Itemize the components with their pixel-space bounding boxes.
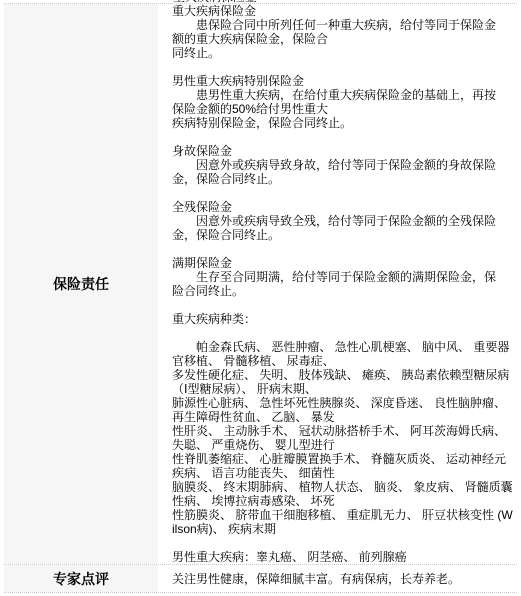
text-line: 同终止。 <box>172 46 513 60</box>
table-row-insurance-liability: 保险责任 重大疾病保险金 患保险合同中所列任何一种重大疾病，给付等同于保险金额的… <box>4 4 517 565</box>
text-line: 患男性重大疾病，在给付重大疾病保险金的基础上，再按 <box>172 88 513 102</box>
text-line: 男性重大疾病特别保险金 <box>172 74 513 88</box>
text-line: 保险金额的50%给付男性重大 <box>172 102 513 116</box>
row-label-insurance-liability: 保险责任 <box>4 4 158 564</box>
text-line: 额的重大疾病保险金，保险合 <box>172 32 513 46</box>
text-line: 官移植、 骨髓移植、 尿毒症、 <box>172 354 513 368</box>
text-line: 男性重大疾病：睾丸癌、 阴茎癌、 前列腺癌 <box>172 550 513 564</box>
text-line: 多发性硬化症、 失明、 肢体残缺、 瘫痪、 胰岛素依赖型糖尿病 <box>172 368 513 382</box>
text-line: 脑膜炎、 终末期肺病、 植物人状态、 脑炎、 象皮病、 肾髓质囊 <box>172 480 513 494</box>
text-line: 帕金森氏病、 恶性肿瘤、 急性心肌梗塞、 脑中风、 重要器 <box>172 340 513 354</box>
text-line: 金，保险合同终止。 <box>172 172 513 186</box>
text-line <box>172 186 513 200</box>
text-line: 性筋膜炎、 脐带血干细胞移植、 重症肌无力、 肝豆状核变性 (W <box>172 508 513 522</box>
text-line: 重大疾病种类： <box>172 312 513 326</box>
text-line: 疾病、 语言功能丧失、 细菌性 <box>172 466 513 480</box>
insurance-detail-table: 保险责任 重大疾病保险金 患保险合同中所列任何一种重大疾病，给付等同于保险金额的… <box>4 3 517 593</box>
text-line: 因意外或疾病导致全残，给付等同于保险金额的全残保险 <box>172 214 513 228</box>
text-line <box>172 298 513 312</box>
table-row-expert-commentary: 专家点评 关注男性健康，保障细腻丰富。有病保病，长寿养老。 <box>4 565 517 593</box>
text-line: 关注男性健康，保障细腻丰富。有病保病，长寿养老。 <box>172 572 460 586</box>
text-line: 满期保险金 <box>172 256 513 270</box>
text-line: 患保险合同中所列任何一种重大疾病，给付等同于保险金 <box>172 18 513 32</box>
text-line: 险合同终止。 <box>172 284 513 298</box>
text-line: 疾病特别保险金，保险合同终止。 <box>172 116 513 130</box>
text-line: 金，保险合同终止。 <box>172 228 513 242</box>
text-line: 性病、 埃博拉病毒感染、 坏死 <box>172 494 513 508</box>
text-line <box>172 326 513 340</box>
row-label-expert-commentary: 专家点评 <box>4 565 158 592</box>
text-line: 再生障碍性贫血、 乙脑、 暴发 <box>172 410 513 424</box>
text-line: 失聪、 严重烧伤、 婴儿型进行 <box>172 438 513 452</box>
insurance-product-detail-page: 重大疾病保险金 保险责任 重大疾病保险金 患保险合同中所列任何一种重大疾病，给付… <box>0 0 521 596</box>
clipped-previous-row-text: 重大疾病保险金 <box>173 0 257 4</box>
text-line: 生存至合同期满，给付等同于保险金额的满期保险金，保 <box>172 270 513 284</box>
text-line: 全残保险金 <box>172 200 513 214</box>
text-line: 重大疾病保险金 <box>172 4 513 18</box>
text-line <box>172 242 513 256</box>
text-line <box>172 130 513 144</box>
text-line <box>172 60 513 74</box>
text-line: ilson病)、 疾病末期 <box>172 522 513 536</box>
text-line <box>172 536 513 550</box>
text-line: 肺源性心脏病、 急性坏死性胰腺炎、 深度昏迷、 良性脑肿瘤、 <box>172 396 513 410</box>
insurance-liability-content: 重大疾病保险金 患保险合同中所列任何一种重大疾病，给付等同于保险金额的重大疾病保… <box>158 4 517 564</box>
text-line: 身故保险金 <box>172 144 513 158</box>
text-line: 性肝炎、 主动脉手术、 冠状动脉搭桥手术、 阿耳茨海姆氏病、 <box>172 424 513 438</box>
expert-commentary-content: 关注男性健康，保障细腻丰富。有病保病，长寿养老。 <box>158 565 517 592</box>
text-line: 因意外或疾病导致身故，给付等同于保险金额的身故保险 <box>172 158 513 172</box>
text-line: （Ⅰ型糖尿病）、 肝病末期、 <box>172 382 513 396</box>
text-line: 性脊肌萎缩症、 心脏瓣膜置换手术、 脊髓灰质炎、 运动神经元 <box>172 452 513 466</box>
